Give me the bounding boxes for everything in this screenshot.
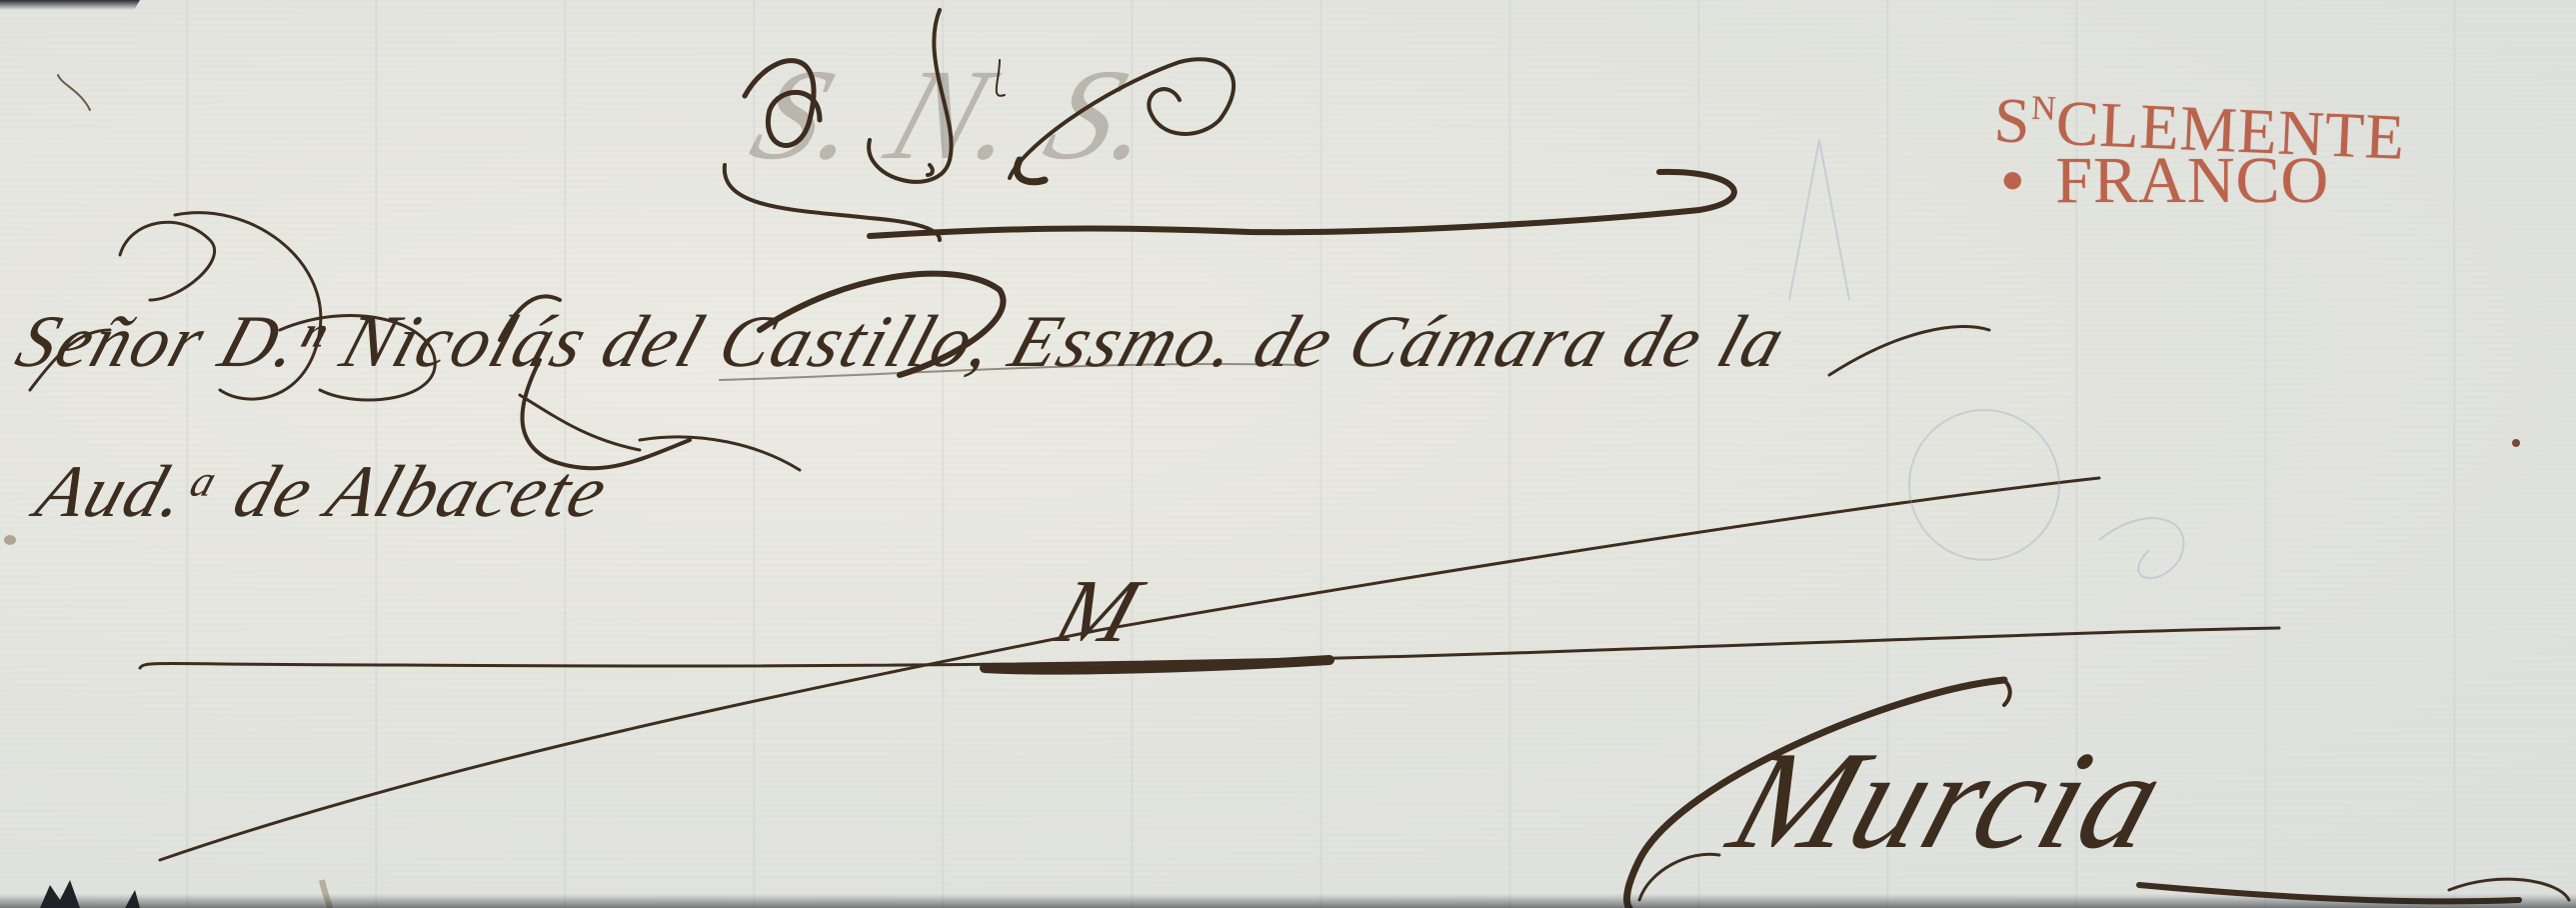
postmark-line-1: SNCLEMENTE [1993, 88, 2407, 170]
letter-cover: SNCLEMENTE ●FRANCO S. N. S. Señor D.ⁿ Ni… [0, 0, 2576, 908]
salutation-flourish: S. N. S. [736, 40, 1180, 190]
address-line-2: Aud.ᵃ de Albacete [26, 450, 619, 535]
destination-city: Murcia [1713, 720, 2184, 881]
address-line-1: Señor D.ⁿ Nicolás del Castillo, Essmo. d… [6, 300, 1796, 385]
postmark-san-clemente-franco: SNCLEMENTE ●FRANCO [1994, 88, 2405, 214]
scan-bottom-edge [0, 894, 2576, 908]
